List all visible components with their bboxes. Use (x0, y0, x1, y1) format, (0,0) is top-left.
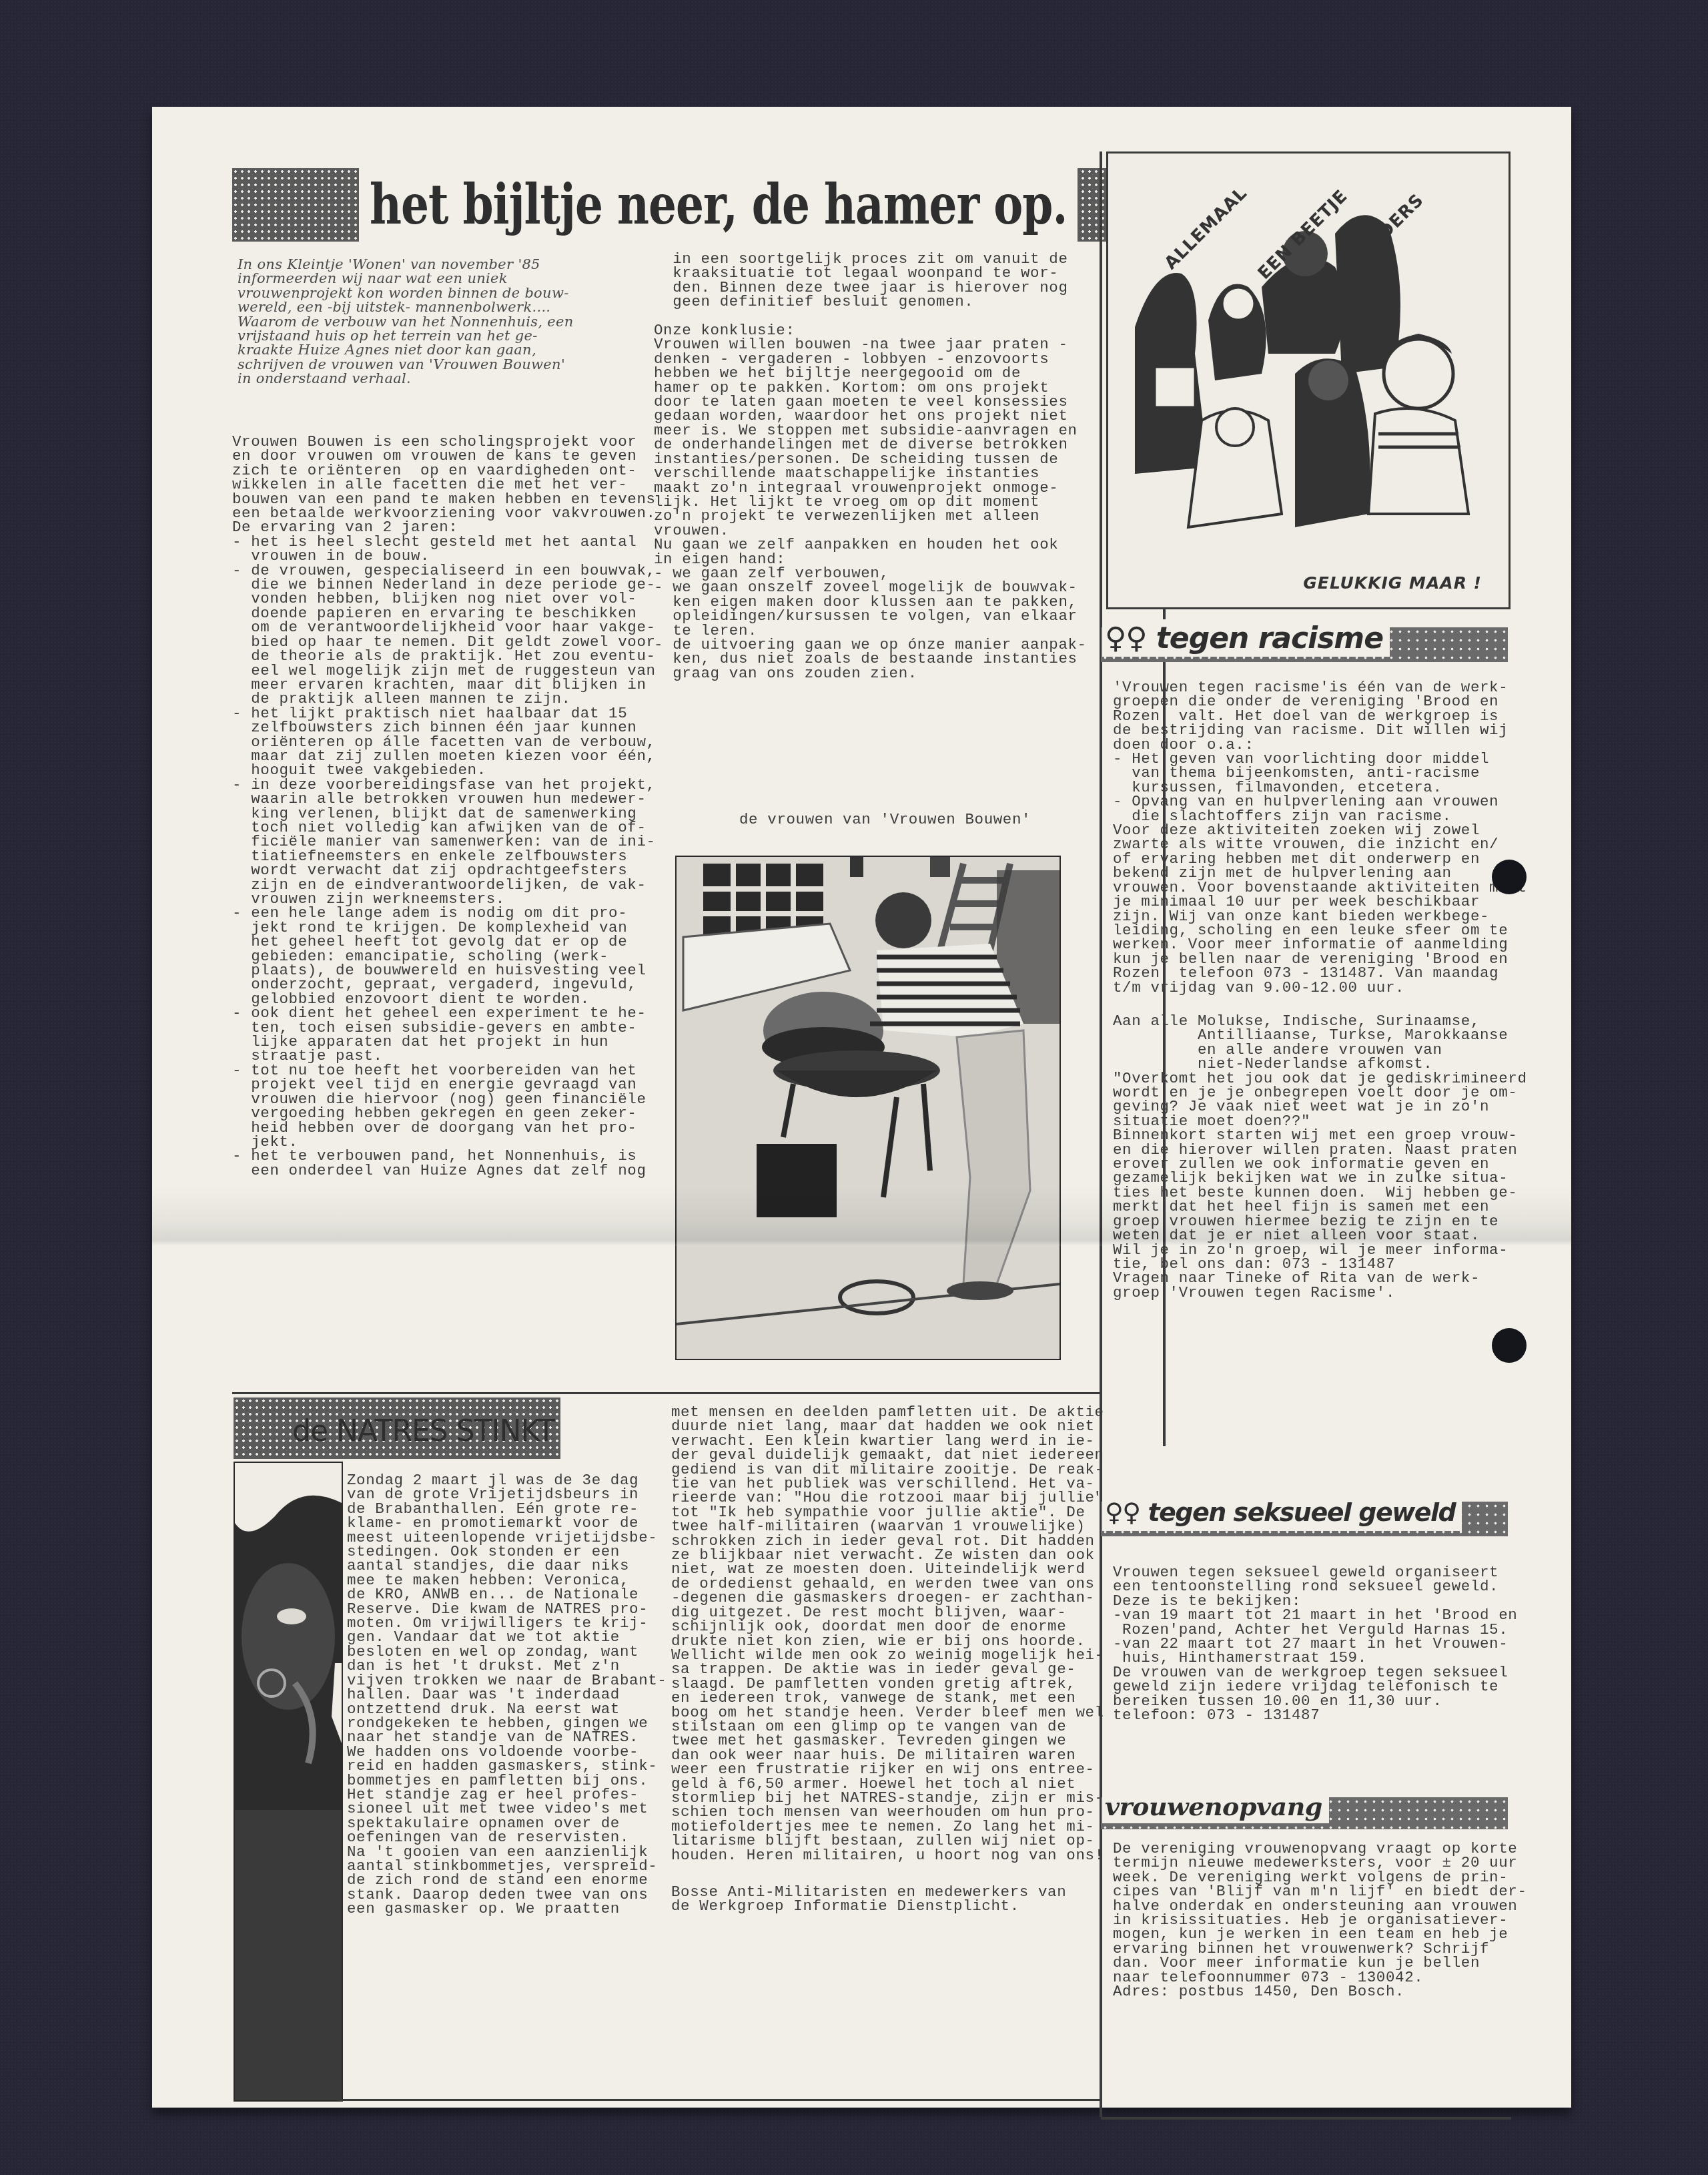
racisme-body: 'Vrouwen tegen racisme'is één van de wer… (1113, 681, 1527, 995)
gasmask-figure (235, 1463, 342, 2100)
construction-photo (675, 856, 1061, 1360)
natres-title: de NATRES STINKT (288, 1412, 558, 1450)
geweld-title: ♀♀ tegen seksueel geweld (1102, 1494, 1462, 1531)
cartoon-box: ALLEMAAL EEN BEETJE ANDERS GELUKKIG MAAR… (1106, 151, 1511, 609)
photo-image (677, 857, 1059, 1359)
opvang-title: vrouwenopvang (1102, 1789, 1329, 1823)
main-article-col1: Vrouwen Bouwen is een scholingsprojekt v… (232, 435, 656, 1178)
main-title-banner: het bijltje neer, de hamer op. (232, 168, 1166, 242)
gasmask-image (234, 1462, 343, 2102)
punch-hole-top (1492, 860, 1527, 894)
racisme-title: ♀♀ tegen racisme (1102, 619, 1390, 657)
newsletter-page: het bijltje neer, de hamer op. In ons Kl… (152, 107, 1571, 2108)
geweld-body: Vrouwen tegen seksueel geweld organiseer… (1113, 1566, 1517, 1723)
natres-col1: Zondag 2 maart jl was de 3e dag van de g… (347, 1474, 667, 1917)
punch-hole-bottom (1492, 1328, 1527, 1363)
cartoon-caption: GELUKKIG MAAR ! (1303, 573, 1482, 593)
natres-banner: de NATRES STINKT (234, 1397, 560, 1459)
main-intro: In ons Kleintje 'Wonen' van november '85… (238, 258, 573, 386)
natres-signature: Bosse Anti-Militaristen en medewerkers v… (671, 1885, 1066, 1914)
natres-top-rule (232, 1392, 1100, 1394)
opvang-body: De vereniging vrouwenopvang vraagt op ko… (1113, 1842, 1527, 1999)
natres-col2: met mensen en deelden pamfletten uit. De… (671, 1406, 1104, 1863)
racisme-body-2: Aan alle Molukse, Indische, Surinaamse, … (1113, 1014, 1527, 1300)
main-article-col2: in een soortgelijk proces zit om vanuit … (654, 252, 1087, 681)
natres-bottom-rule (339, 2099, 1100, 2101)
main-title: het bijltje neer, de hamer op. (359, 164, 1078, 244)
right-bottom-rule (1101, 2117, 1511, 2120)
main-signature: de vrouwen van 'Vrouwen Bouwen' (739, 813, 1031, 827)
